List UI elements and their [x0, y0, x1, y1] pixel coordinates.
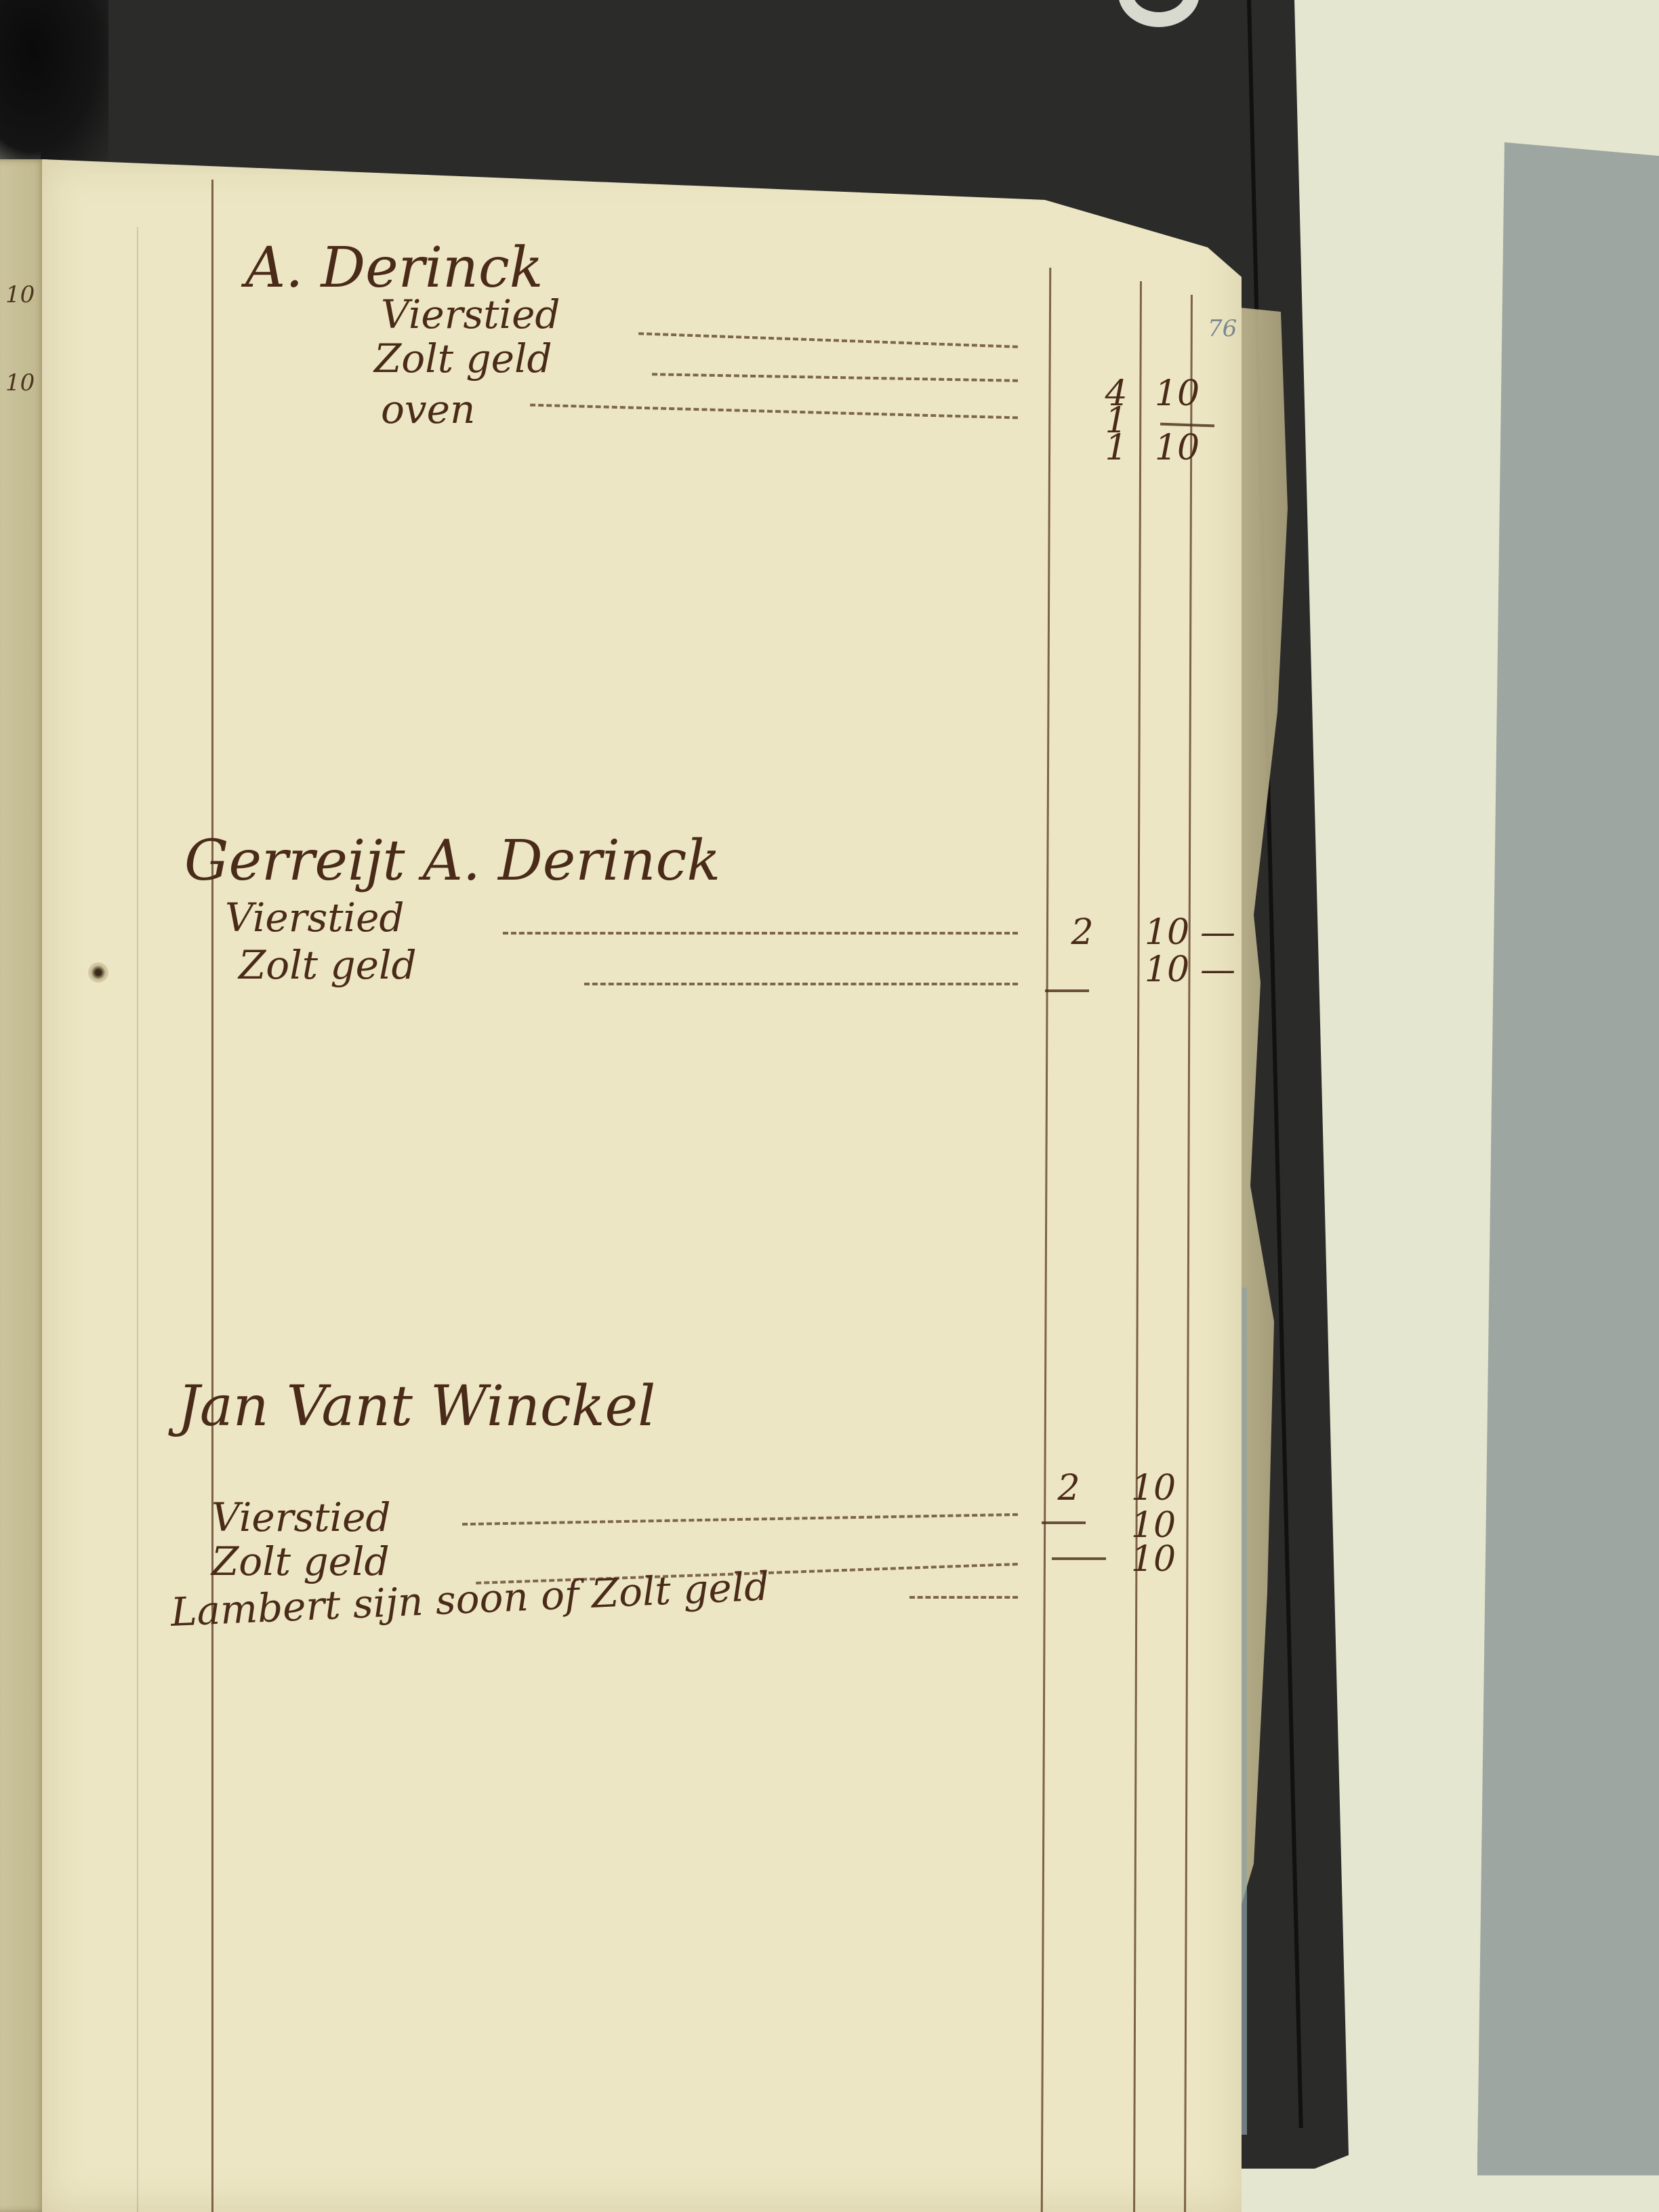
corner-shadow: [0, 0, 108, 169]
leader-dashes: [638, 332, 1018, 348]
guilders-value: 2: [1045, 1471, 1092, 1506]
extra-column-rule: [1184, 295, 1193, 2212]
leader-dashes: [503, 932, 1018, 935]
folio-number: 76: [1208, 315, 1237, 342]
entry-line-label: Zolt geld: [239, 945, 417, 985]
extra-value: —: [1194, 952, 1242, 987]
stuivers-value: 10: [1143, 915, 1191, 950]
left-margin-value: 10: [5, 281, 35, 308]
entry-line-label: Vierstied: [381, 295, 560, 334]
entry-line-label: Zolt geld: [374, 339, 552, 378]
entry-line-label: oven: [381, 390, 475, 429]
stuivers-value: 10: [1130, 1471, 1177, 1506]
guilders-column-rule: [1041, 268, 1052, 2212]
leader-dashes: [652, 373, 1018, 382]
guilders-dash: [1042, 1521, 1086, 1524]
extra-value: —: [1194, 915, 1242, 950]
leader-dashes: [462, 1513, 1018, 1525]
stuivers-value: 10: [1143, 952, 1191, 987]
margin-rule: [211, 180, 213, 2212]
stuivers-value: 10: [1130, 1508, 1177, 1543]
entry-heading: A. Derinck: [245, 241, 543, 296]
left-page-sliver: 10 10: [0, 159, 47, 2212]
entry-heading: Jan Vant Winckel: [178, 1379, 655, 1435]
stuivers-dash: [1160, 423, 1214, 428]
faint-margin-rule: [137, 227, 138, 2212]
ledger-page: 76 A. Derinck Vierstied 4 10 Zolt geld 1…: [42, 159, 1242, 2212]
leader-dashes: [530, 404, 1018, 419]
left-margin-value: 10: [5, 369, 35, 396]
stuivers-value: 10: [1153, 376, 1201, 411]
gray-paper-sheet: [1477, 142, 1659, 2175]
leader-dashes: [909, 1596, 1018, 1599]
guilders-value: 1: [1092, 430, 1140, 466]
leader-dashes: [584, 983, 1018, 985]
guilders-dash: [1052, 1557, 1106, 1560]
stuivers-value: 10: [1153, 430, 1201, 466]
stuivers-value: 10: [1130, 1542, 1177, 1577]
ink-stain: [88, 962, 108, 983]
guilders-dash: [1045, 989, 1089, 992]
entry-line-label: Vierstied: [225, 898, 405, 937]
stuivers-column-rule: [1133, 281, 1142, 2212]
entry-line-label: Vierstied: [211, 1498, 391, 1537]
guilders-value: 2: [1059, 915, 1106, 950]
entry-line-label: Zolt geld: [211, 1542, 390, 1581]
entry-heading: Gerreijt A. Derinck: [184, 834, 720, 889]
